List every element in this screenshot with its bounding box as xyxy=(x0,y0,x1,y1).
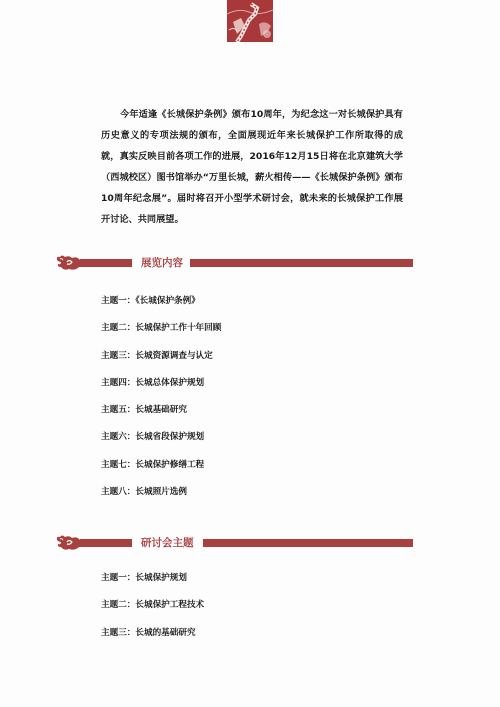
topic-text: 长城总体保护规划 xyxy=(135,378,204,388)
topic-text: 长城基础研究 xyxy=(135,405,187,415)
section-title: 展览内容 xyxy=(141,255,183,271)
divider-bar-right xyxy=(203,539,413,547)
topic-label: 主题一： xyxy=(101,573,135,583)
intro-paragraph: 今年适逢《长城保护条例》颁布10周年，为纪念这一对长城保护具有历史意义的专项法规… xyxy=(101,104,403,230)
list-item: 主题八：长城照片选例 xyxy=(101,486,221,513)
list-item: 主题一：《长城保护条例》 xyxy=(101,295,221,322)
topic-label: 主题一： xyxy=(101,296,135,306)
topic-text: 长城省段保护规划 xyxy=(135,432,204,442)
topic-text: 长城资源调查与认定 xyxy=(135,351,212,361)
list-item: 主题三：长城资源调查与认定 xyxy=(101,350,221,377)
topic-label: 主题五： xyxy=(101,405,135,415)
topic-label: 主题二： xyxy=(101,323,135,333)
topic-text: 长城保护工作十年回顾 xyxy=(135,323,221,333)
list-item: 主题三：长城的基础研究 xyxy=(101,627,204,654)
topic-text: 长城保护规划 xyxy=(135,573,187,583)
exhibition-topic-list: 主题一：《长城保护条例》 主题二：长城保护工作十年回顾 主题三：长城资源调查与认… xyxy=(101,295,221,513)
topic-label: 主题四： xyxy=(101,378,135,388)
section-title: 研讨会主题 xyxy=(141,535,194,551)
divider-bar-left xyxy=(80,259,132,267)
topic-label: 主题二： xyxy=(101,600,135,610)
list-item: 主题四：长城总体保护规划 xyxy=(101,377,221,404)
topic-text: 长城照片选例 xyxy=(135,487,187,497)
topic-text: 长城保护工程技术 xyxy=(135,600,204,610)
divider-bar-right xyxy=(190,259,413,267)
list-item: 主题二：长城保护工作十年回顾 xyxy=(101,322,221,349)
topic-label: 主题三： xyxy=(101,628,135,638)
topic-text: 长城的基础研究 xyxy=(135,628,195,638)
topic-label: 主题六： xyxy=(101,432,135,442)
list-item: 主题五：长城基础研究 xyxy=(101,404,221,431)
divider-bar-left xyxy=(80,539,132,547)
topic-label: 主题三： xyxy=(101,351,135,361)
great-wall-emblem-icon xyxy=(227,0,273,42)
list-item: 主题六：长城省段保护规划 xyxy=(101,431,221,458)
section-heading-exhibition: 展览内容 xyxy=(55,251,415,275)
list-item: 主题二：长城保护工程技术 xyxy=(101,599,204,626)
topic-label: 主题七： xyxy=(101,460,135,470)
list-item: 主题七：长城保护修缮工程 xyxy=(101,459,221,486)
topic-label: 主题八： xyxy=(101,487,135,497)
list-item: 主题一：长城保护规划 xyxy=(101,572,204,599)
symposium-topic-list: 主题一：长城保护规划 主题二：长城保护工程技术 主题三：长城的基础研究 xyxy=(101,572,204,654)
topic-text: 《长城保护条例》 xyxy=(135,296,199,306)
section-heading-symposium: 研讨会主题 xyxy=(55,531,415,555)
topic-text: 长城保护修缮工程 xyxy=(135,460,204,470)
